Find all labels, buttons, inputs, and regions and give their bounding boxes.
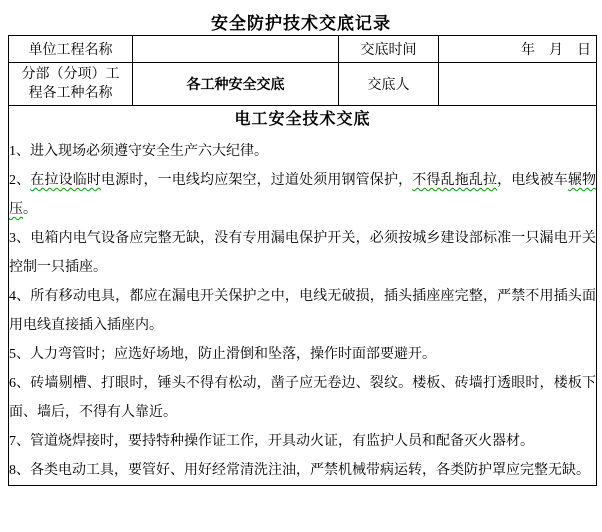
unit-project-name-value[interactable] xyxy=(133,36,339,63)
safety-item-2-segment: 2、 xyxy=(9,173,30,188)
table-row: 分部（分项）工程各工种名称 各工种安全交底 交底人 xyxy=(9,63,597,106)
document-title: 安全防护技术交底记录 xyxy=(0,0,602,35)
disclosure-date-value[interactable]: 年 月 日 xyxy=(439,36,597,63)
safety-item-3: 3、电箱内电气设备应完整无缺，没有专用漏电保护开关，必须按城乡建设部标准一只漏电… xyxy=(9,224,596,282)
discloser-label: 交底人 xyxy=(339,63,439,106)
trades-safety-disclosure-value: 各工种安全交底 xyxy=(133,63,339,106)
safety-item-8: 8、各类电动工具，要管好、用好经常清洗注油，严禁机械带病运转，各类防护罩应完整无… xyxy=(9,456,596,485)
table-row: 单位工程名称 交底时间 年 月 日 xyxy=(9,36,597,63)
safety-item-7: 7、管道烧焊接时，要持特种操作证工作，开具动火证，有监护人员和配备灭火器材。 xyxy=(9,427,596,456)
safety-item-2-squiggle-segment: 不得乱拖乱拉 xyxy=(412,173,497,188)
disclosure-content-cell: 电工安全技术交底 1、进入现场必须遵守安全生产六大纪律。 2、在拉设临时电源时，… xyxy=(9,106,597,486)
electrician-safety-heading: 电工安全技术交底 xyxy=(9,108,596,132)
document-page: 安全防护技术交底记录 单位工程名称 交底时间 年 月 日 分部（分项）工程各工种… xyxy=(0,0,602,532)
safety-item-5: 5、人力弯管时；应选好场地，防止滑倒和坠落，操作时面部要避开。 xyxy=(9,340,596,369)
disclosure-time-label: 交底时间 xyxy=(339,36,439,63)
safety-item-1: 1、进入现场必须遵守安全生产六大纪律。 xyxy=(9,137,596,166)
safety-item-4: 4、所有移动电具，都应在漏电开关保护之中，电线无破损，插头插座座完整，严禁不用插… xyxy=(9,282,596,340)
subproject-trades-label: 分部（分项）工程各工种名称 xyxy=(9,63,133,106)
table-row: 电工安全技术交底 1、进入现场必须遵守安全生产六大纪律。 2、在拉设临时电源时，… xyxy=(9,106,597,486)
safety-item-2: 2、在拉设临时电源时，一电线均应架空，过道处须用钢管保护，不得乱拖乱拉，电线被车… xyxy=(9,166,596,224)
disclosure-record-table: 单位工程名称 交底时间 年 月 日 分部（分项）工程各工种名称 各工种安全交底 … xyxy=(8,35,597,486)
safety-item-2-segment: ，电线被车 xyxy=(497,173,568,188)
safety-item-6: 6、砖墙剔槽、打眼时，锤头不得有松动，凿子应无卷边、裂纹。楼板、砖墙打透眼时，楼… xyxy=(9,369,596,427)
subproject-trades-label-text: 分部（分项）工程各工种名称 xyxy=(9,63,132,105)
safety-item-2-squiggle-segment: 在拉设临时 xyxy=(30,173,101,188)
safety-item-2-segment: 电源时，一电线均应架空，过道处须用钢管保护， xyxy=(101,173,412,188)
discloser-value[interactable] xyxy=(439,63,597,106)
safety-item-2-segment: 。 xyxy=(23,202,37,217)
unit-project-name-label: 单位工程名称 xyxy=(9,36,133,63)
